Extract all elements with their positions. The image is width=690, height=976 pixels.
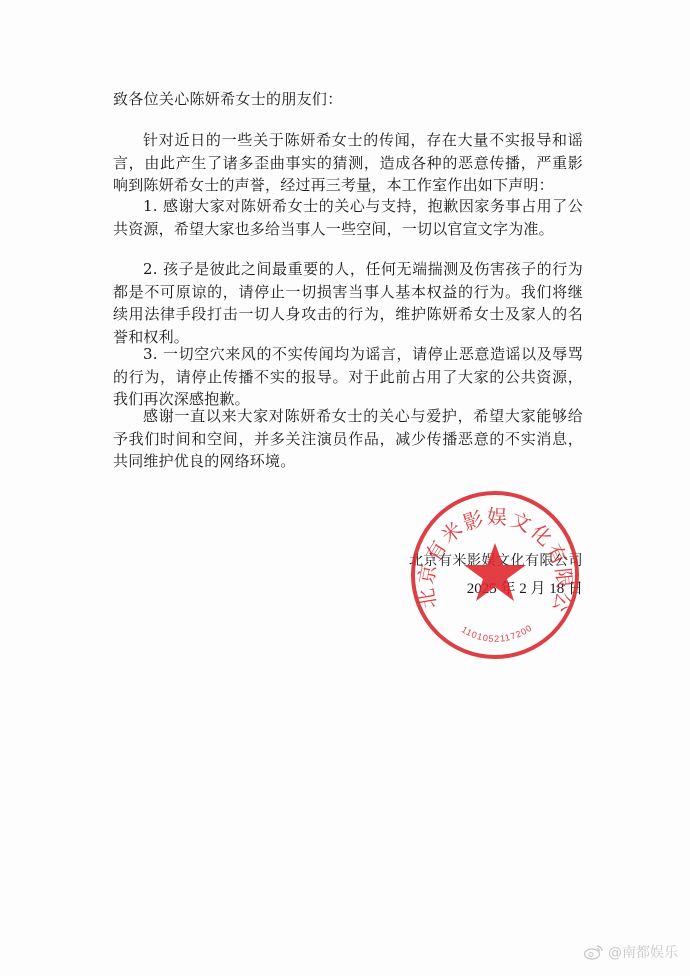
statement-page: 致各位关心陈妍希女士的朋友们： 针对近日的一些关于陈妍希女士的传闻，存在大量不实… bbox=[0, 0, 690, 976]
intro-paragraph: 针对近日的一些关于陈妍希女士的传闻，存在大量不实报导和谣言，由此产生了诸多歪曲事… bbox=[113, 129, 583, 197]
statement-item-1: 1. 感谢大家对陈妍希女士的关心与支持，抱歉因家务事占用了公共资源，希望大家也多… bbox=[113, 195, 583, 240]
seal-number: 1101052117200 bbox=[460, 623, 534, 644]
salutation: 致各位关心陈妍希女士的朋友们： bbox=[113, 88, 343, 110]
watermark-text: @南都娱乐 bbox=[608, 942, 678, 962]
weibo-logo-icon bbox=[584, 944, 604, 960]
signature-company: 北京有米影娱文化有限公司 bbox=[409, 550, 583, 572]
statement-item-3: 3. 一切空穴来风的不实传闻均为谣言，请停止恶意造谣以及辱骂的行为，请停止传播不… bbox=[113, 343, 583, 411]
statement-item-2: 2. 孩子是彼此之间最重要的人，任何无端揣测及伤害孩子的行为都是不可原谅的，请停… bbox=[113, 258, 583, 348]
weibo-watermark: @南都娱乐 bbox=[584, 942, 678, 962]
closing-paragraph: 感谢一直以来大家对陈妍希女士的关心与爱护，希望大家能够给予我们时间和空间，并多关… bbox=[113, 405, 583, 473]
signature-block: 北京有米影娱文化有限公司 2025 年 2 月 18 日 bbox=[409, 550, 583, 600]
signature-date: 2025 年 2 月 18 日 bbox=[409, 578, 583, 600]
svg-text:1101052117200: 1101052117200 bbox=[460, 623, 534, 644]
